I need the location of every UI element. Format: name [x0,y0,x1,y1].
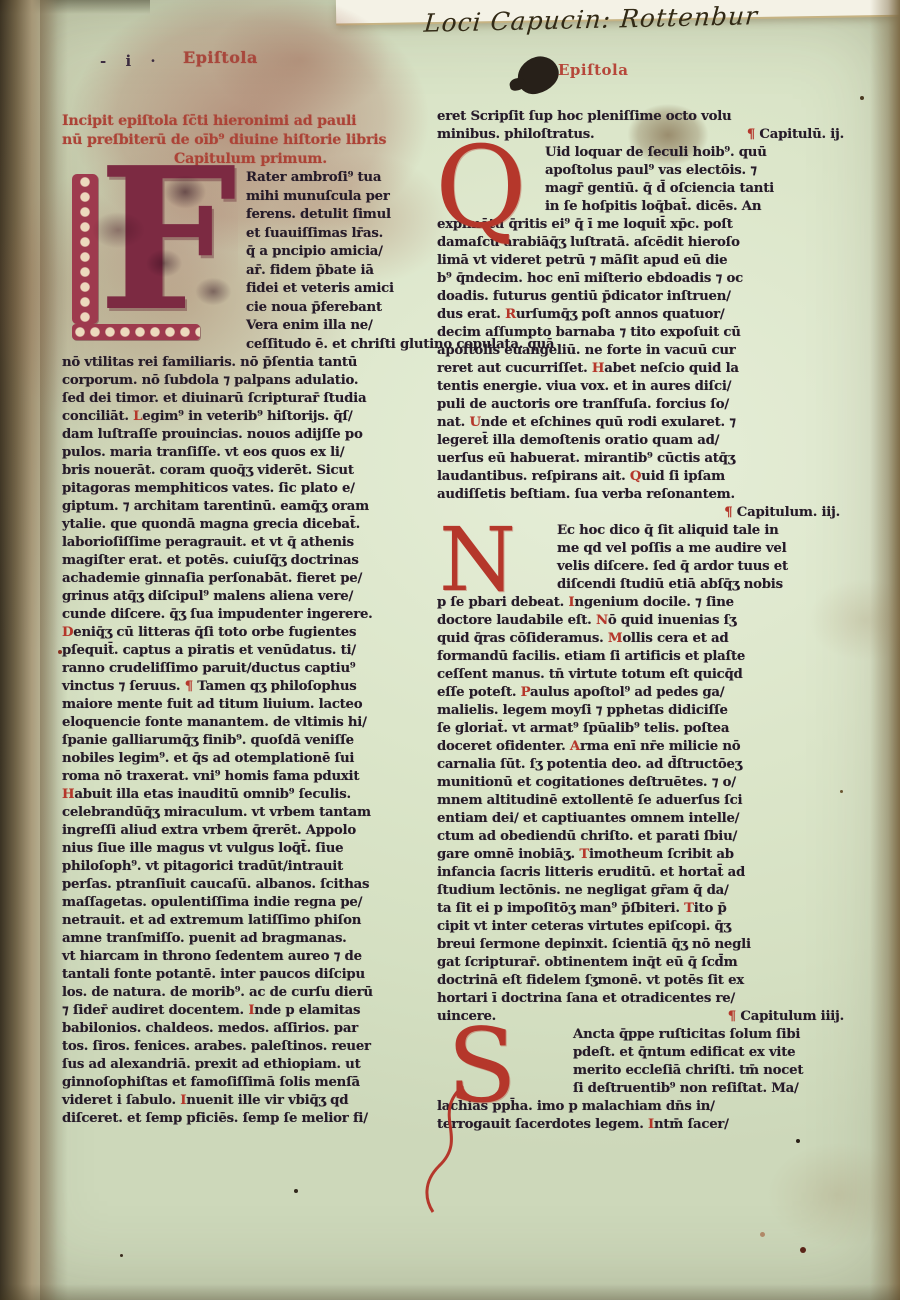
ink-text: imotheum ſcribit ab [589,847,734,862]
text-line: munitionū et cogitationes deſtruētes. ⁊ … [437,774,848,792]
text-line: ingreſſi aliud extra vrbem q̄rerēt. Appo… [62,822,429,840]
rubricated-text: H [62,787,74,802]
speck [294,1189,298,1193]
initial-letter: Q [435,132,527,244]
speck [860,96,864,100]
ink-text: videret i ſabulo. [62,1093,180,1108]
ink-text: eniq̄ʒ cū litteras q̄ſi toto orbe fugien… [73,625,356,640]
text-line: tos. ſiros. fenices. arabes. paleſtinos.… [62,1038,429,1056]
text-line: ytalie. que quondā magna grecia dicebat̄… [62,516,429,534]
running-title-left: Epiſtola [183,48,258,67]
ink-text: urſumq̄ʒ poſt annos quatuor/ [516,307,725,322]
ink-text: ō quid inuenias ſʒ [608,613,737,628]
initial-letter: N [439,516,516,604]
decorated-initial-S: S [437,1028,565,1098]
rubricated-text: ¶ [747,127,760,142]
text-line: decim aſſumpto barnaba ⁊ tito expoſuit c… [437,324,848,342]
text-line: eſſe poteſt. Paulus apoſtol⁹ ad pedes ga… [437,684,848,702]
text-line: nobiles legim⁹. et q̄s ad otemplationē ſ… [62,750,429,768]
speck [760,1232,765,1237]
text-line: puli de auctoris ore tranſfuſa. forcius … [437,396,848,414]
text-line: achademie ginnaſia perſonabāt. fieret pe… [62,570,429,588]
ink-text: Capitulum iiij. [740,1009,844,1024]
text-line: conciliāt. Legim⁹ in veterib⁹ hiſtorijs.… [62,408,429,426]
text-line: hortari ī doctrina ſana et otradicentes … [437,990,848,1008]
ink-text: doceret ofidenter. [437,739,570,754]
text-line: laborioſiſſime peragrauit. et vt q̄ athe… [62,534,429,552]
ink-text: gare omnē inobiāʒ. [437,847,579,862]
text-line: breui ſermone depinxit. ſcientiā q̄ʒ nō … [437,936,848,954]
rubricated-text: ¶ [728,1009,741,1024]
text-line: doadis. futurus gentiū p̄dicator inſtrue… [437,288,848,306]
text-line: eloquencie fonte manantem. de vltimis hi… [62,714,429,732]
text-line: maſſagetas. opulentiſſima indie regna pe… [62,894,429,912]
text-line: ſed dei timor. et diuinarū ſcripturar̄ ſ… [62,390,429,408]
text-line: audiſſetis beſtiam. ſua verba reſonantem… [437,486,848,504]
text-line: nius ſiue ille magus vt vulgus loq̄t̄. ſ… [62,840,429,858]
decorated-initial-Q: Q [437,146,537,216]
pearl-border-vertical [72,174,98,324]
text-line: celebrandūq̄ʒ miraculum. vt vrbem tantam [62,804,429,822]
page-edge-right [870,0,900,1300]
ink-blot [513,52,562,97]
text-line: babilonios. chaldeos. medos. aſſirios. p… [62,1020,429,1038]
text-line: Habuit illa etas inauditū omnib⁹ ſeculis… [62,786,429,804]
text-line: legeret̄ illa demoſtenis oratio quam ad/ [437,432,848,450]
ink-text: laudantibus. reſpirans ait. [437,469,630,484]
text-line: pſequit̄. captus a piratis et venūdatus.… [62,642,429,660]
ink-text: nat. [437,415,469,430]
text-line: netrauit. et ad extremum latiſſimo phiſo… [62,912,429,930]
rubricated-text: P [521,685,530,700]
rubricated-text: L [133,409,142,424]
ink-text: doctore laudabile eſt. [437,613,596,628]
text-line: dus erat. Rurſumq̄ʒ poſt annos quatuor/ [437,306,848,324]
text-line: gare omnē inobiāʒ. Timotheum ſcribit ab [437,846,848,864]
ink-text: dus erat. [437,307,505,322]
text-line: pulos. maria tranſiſſe. vt eos quos ex l… [62,444,429,462]
right-text-column: eret Scripſit ſup hoc pleniſſime octo vo… [437,108,848,1134]
text-line: maiore mente fuit ad titum liuium. lacte… [62,696,429,714]
handwriting-exlibris: Loci Capucin: Rottenbur [423,1,759,38]
rubricated-text: D [62,625,73,640]
initial-letter: F [98,142,237,338]
text-line: doceret ofidenter. Arma enī nr̄e milicie… [437,738,848,756]
ink-text: uid ſi ipſam [641,469,725,484]
text-line: vt hiarcam in throno ſedentem aureo ⁊ de [62,948,429,966]
ink-text: ⁊ ſider̄ audiret docentem. [62,1003,248,1018]
text-line: ſe gloriat̄. vt armat⁹ ſpūalib⁹ telis. p… [437,720,848,738]
ink-text: nde et eſchines quū rodi exularet. ⁊ [481,415,736,430]
pearl-border-horizontal [72,324,200,340]
text-line: magiſter erat. et potēs. cuiuſq̄ʒ doctri… [62,552,429,570]
text-line: reret aut cucurriſſet. Habet neſcio quid… [437,360,848,378]
rubricated-text: H [592,361,604,376]
text-line: amne tranſmiſſo. puenit ad bragmanas. [62,930,429,948]
text-line: formandū facilis. etiam ſi artificis et … [437,648,848,666]
text-line: tentis energie. viua vox. et in aures di… [437,378,848,396]
ink-text: ngenium docile. ⁊ ſine [574,595,733,610]
text-line: los. de natura. de morib⁹. ac de curſu d… [62,984,429,1002]
text-line: uerſus eū habuerat. mirantib⁹ cūctis atq… [437,450,848,468]
ink-text: quid q̄ras cōſideramus. [437,631,608,646]
text-line: malielis. legem moyſi ⁊ pphetas didiciſſ… [437,702,848,720]
ink-text: eſſe poteſt. [437,685,521,700]
text-line: gat ſcripturar̄. obtinentem inq̄t eū q̄ … [437,954,848,972]
text-line: limā vt videret petrū ⁊ māſit apud eū di… [437,252,848,270]
ink-text: rma enī nr̄e milicie nō [580,739,740,754]
text-line: ſpanie galliarumq̄ʒ finib⁹. quoſdā veniſ… [62,732,429,750]
speck [58,650,62,654]
text-line: ceſſent manus. tn̄ virtute totum eſt qui… [437,666,848,684]
text-line: quid q̄ras cōſideramus. Mollis cera et a… [437,630,848,648]
ink-text: aulus apoſtol⁹ ad pedes ga/ [530,685,724,700]
rubricated-text: Q [630,469,641,484]
text-line: ſus ad alexandriā. prexit ad ethiopiam. … [62,1056,429,1074]
text-line: cunde diſcere. q̄ʒ ſua impudenter ingere… [62,606,429,624]
decorated-initial-F: F [62,172,238,338]
text-line: nō vtilitas rei familiaris. nō p̄ſentia … [62,354,429,372]
rubricated-text: T [684,901,694,916]
decorated-initial-N: N [437,524,549,594]
text-line: videret i ſabulo. Inuenit ille vir vbiq̄… [62,1092,429,1110]
rubricated-text: R [505,307,516,322]
ink-text: Tamen qʒ philoſophus [197,679,356,694]
text-line: ⁊ ſider̄ audiret docentem. Inde p elamit… [62,1002,429,1020]
rubricated-text: ¶ [185,679,198,694]
text-line: vinctus ⁊ ſeruus. ¶ Tamen qʒ philoſophus [62,678,429,696]
speck [840,790,843,793]
text-line: giptum. ⁊ architam tarentinū. eamq̄ʒ ora… [62,498,429,516]
left-text-column: Incipit epiſtola ſc̄ti hieronimi ad paul… [62,112,429,1128]
text-line: ginnoſophiſtas et famoſiſſimā ſolis menſ… [62,1074,429,1092]
text-line: nat. Unde et eſchines quū rodi exularet.… [437,414,848,432]
text-line: tantali fonte potantē. inter paucos diſc… [62,966,429,984]
text-line: bris nouerāt. coram quoq̄ʒ viderēt. Sicu… [62,462,429,480]
text-line: infancia ſacris litteris eruditū. et hor… [437,864,848,882]
text-line: mnem altitudinē extollentē ſe aduerſus ſ… [437,792,848,810]
text-line: doctore laudabile eſt. Nō quid inuenias … [437,612,848,630]
rubricated-text: T [579,847,589,862]
text-line: roma nō traxerat. vni⁹ homis fama pduxit [62,768,429,786]
text-line: corporum. nō ſubdola ⁊ palpans adulatio. [62,372,429,390]
rubricated-text: M [608,631,622,646]
text-line: ſtudium lectōnis. ne negligat gr̄am q̄ d… [437,882,848,900]
running-title-right: Epiſtola [558,61,628,79]
text-line: carnalia ſūt. ſʒ potentia deo. ad d̄ſtru… [437,756,848,774]
initial-flourish [417,1086,477,1216]
text-line: ctum ad obediendū chriſto. et parati ſbi… [437,828,848,846]
ink-text: conciliāt. [62,409,133,424]
speck [800,1247,806,1253]
ink-text: egim⁹ in veterib⁹ hiſtorijs. q̄ſ/ [142,409,352,424]
ink-text: Capitulū. ij. [759,127,844,142]
ink-text: Capitulum. iij. [737,505,840,520]
text-line: ta ſit ei p impoſitōʒ man⁹ p̄ſbiteri. Ti… [437,900,848,918]
ink-text: ito p̄ [694,901,727,916]
speck [796,1139,800,1143]
text-line: perſas. ptranſiuit caucaſū. albanos. ſci… [62,876,429,894]
rubricated-text: A [570,739,580,754]
page-edge-bottom [0,1284,900,1300]
text-line: dam luſtraſſe prouincias. nouos adijſſe … [62,426,429,444]
ink-text: abet neſcio quid la [604,361,739,376]
text-line: Deniq̄ʒ cū litteras q̄ſi toto orbe fugie… [62,624,429,642]
ink-text: ta ſit ei p impoſitōʒ man⁹ p̄ſbiteri. [437,901,684,916]
ink-text: vinctus ⁊ ſeruus. [62,679,185,694]
ink-text: abuit illa etas inauditū omnib⁹ ſeculis. [74,787,351,802]
text-line: entiam dei/ et captiuantes omnem intelle… [437,810,848,828]
ink-text: reret aut cucurriſſet. [437,361,592,376]
manuscript-scan-page: Loci Capucin: Rottenbur - i · Epiſtola E… [0,0,900,1300]
text-line: apoſtolis euangeliū. ne forte in vacuū c… [437,342,848,360]
text-line: philoſoph⁹. vt pitagorici tradūt/intraui… [62,858,429,876]
ink-text: nde p elamitas [254,1003,360,1018]
speck [120,1254,123,1257]
rubricated-text: ¶ [724,505,737,520]
text-line: doctrinā eſt fidelem ſʒmonē. vt potēs ſi… [437,972,848,990]
text-line: pitagoras memphiticos vates. ſic plato e… [62,480,429,498]
text-line: laudantibus. reſpirans ait. Quid ſi ipſa… [437,468,848,486]
rubricated-text: N [596,613,608,628]
folio-mark: - i · [100,52,163,70]
text-line: diſceret. et ſemp pficiēs. ſemp ſe melio… [62,1110,429,1128]
ink-text: nuenit ille vir vbiq̄ʒ qd [186,1093,348,1108]
text-line: b⁹ q̄ndecim. hoc enī miſterio ebdoadis ⁊… [437,270,848,288]
text-line: ranno crudeliſſimo paruit/ductus captiu⁹ [62,660,429,678]
text-line: cipit vt inter ceteras virtutes epiſcopi… [437,918,848,936]
ink-text: ntm̄ ſacer/ [654,1117,729,1132]
ink-text: ollis cera et ad [622,631,728,646]
text-line: grinus atq̄ʒ diſcipul⁹ malens aliena ver… [62,588,429,606]
rubricated-text: U [469,415,480,430]
